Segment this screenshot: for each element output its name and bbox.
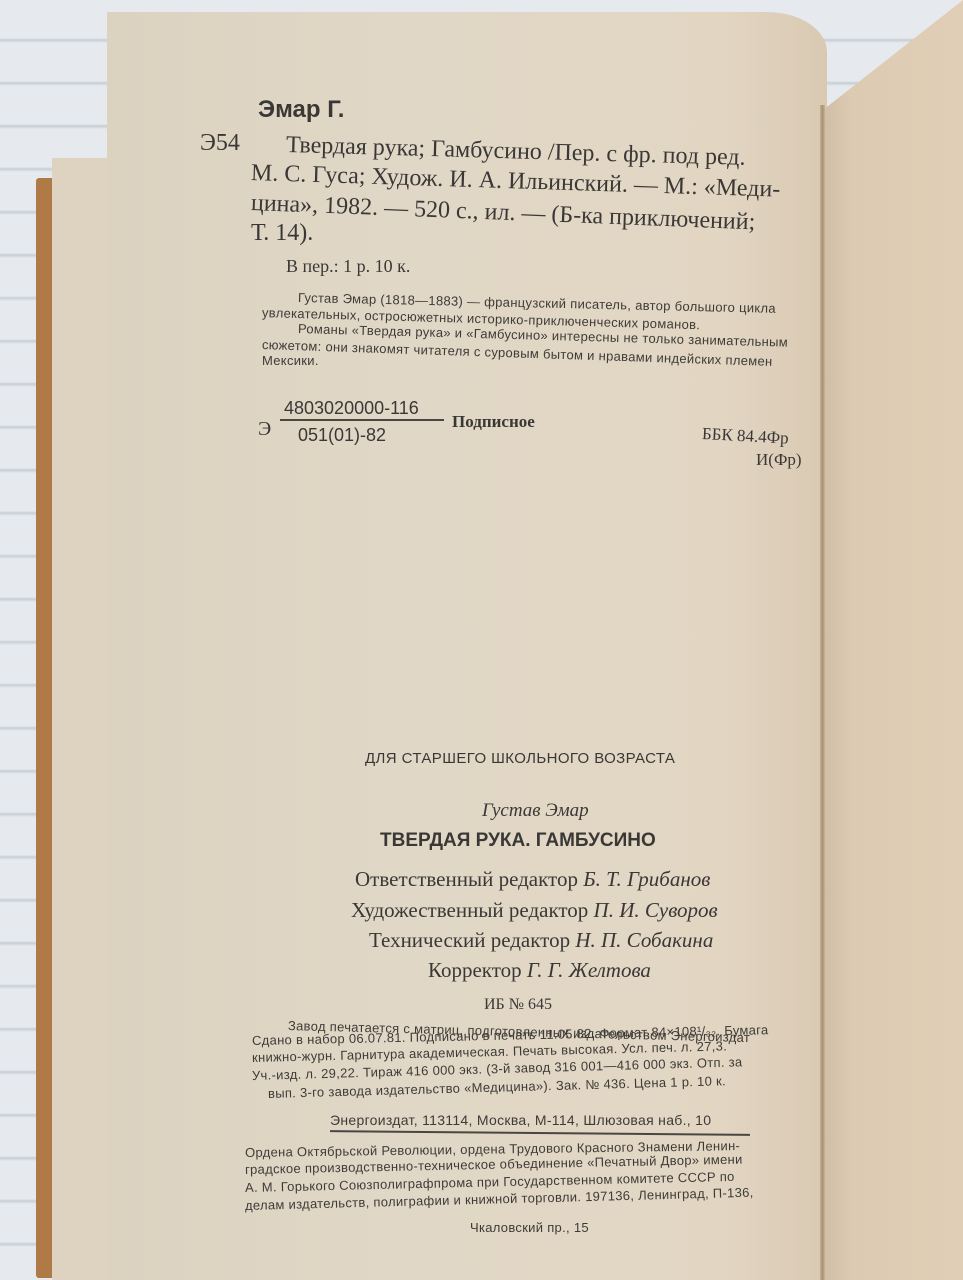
- publisher-address: Энергоиздат, 113114, Москва, М-114, Шлюз…: [330, 1112, 711, 1128]
- credit-role: Художественный редактор: [351, 898, 588, 922]
- book-page-right: [823, 0, 963, 1280]
- description-line: Т. 14).: [251, 220, 313, 247]
- subscription-label: Подписное: [452, 412, 535, 432]
- credit-line: Ответственный редактор Б. Т. Грибанов: [355, 867, 710, 892]
- ib-number: ИБ № 645: [484, 996, 552, 1014]
- credit-role: Корректор: [428, 958, 522, 982]
- credit-name: Н. П. Собакина: [575, 928, 713, 952]
- credit-role: Ответственный редактор: [355, 867, 578, 891]
- audience-label: ДЛЯ СТАРШЕГО ШКОЛЬНОГО ВОЗРАСТА: [365, 750, 675, 767]
- book-title: ТВЕРДАЯ РУКА. ГАМБУСИНО: [380, 830, 656, 852]
- index-letter: Э: [258, 418, 271, 441]
- printer-line: Чкаловский пр., 15: [470, 1220, 589, 1235]
- credit-line: Художественный редактор П. И. Суворов: [351, 898, 718, 923]
- credit-name: Б. Т. Грибанов: [583, 867, 710, 891]
- credit-name: Г. Г. Желтова: [527, 958, 651, 982]
- credit-line: Технический редактор Н. П. Собакина: [369, 928, 713, 953]
- credit-name: П. И. Суворов: [594, 898, 718, 922]
- author-heading: Эмар Г.: [258, 96, 344, 124]
- shelf-code: Э54: [200, 130, 240, 157]
- annotation-line: Мексики.: [262, 353, 319, 368]
- bbk-subcode: И(Фр): [756, 450, 802, 470]
- book-author: Густав Эмар: [482, 800, 589, 822]
- credit-role: Технический редактор: [369, 928, 570, 952]
- price: В пер.: 1 р. 10 к.: [286, 256, 410, 277]
- index-numerator: 4803020000-116: [284, 398, 419, 419]
- index-denominator: 051(01)-82: [298, 425, 386, 446]
- index-fraction-line: [280, 419, 444, 421]
- book-gutter: [820, 105, 825, 1280]
- credit-line: Корректор Г. Г. Желтова: [428, 958, 651, 983]
